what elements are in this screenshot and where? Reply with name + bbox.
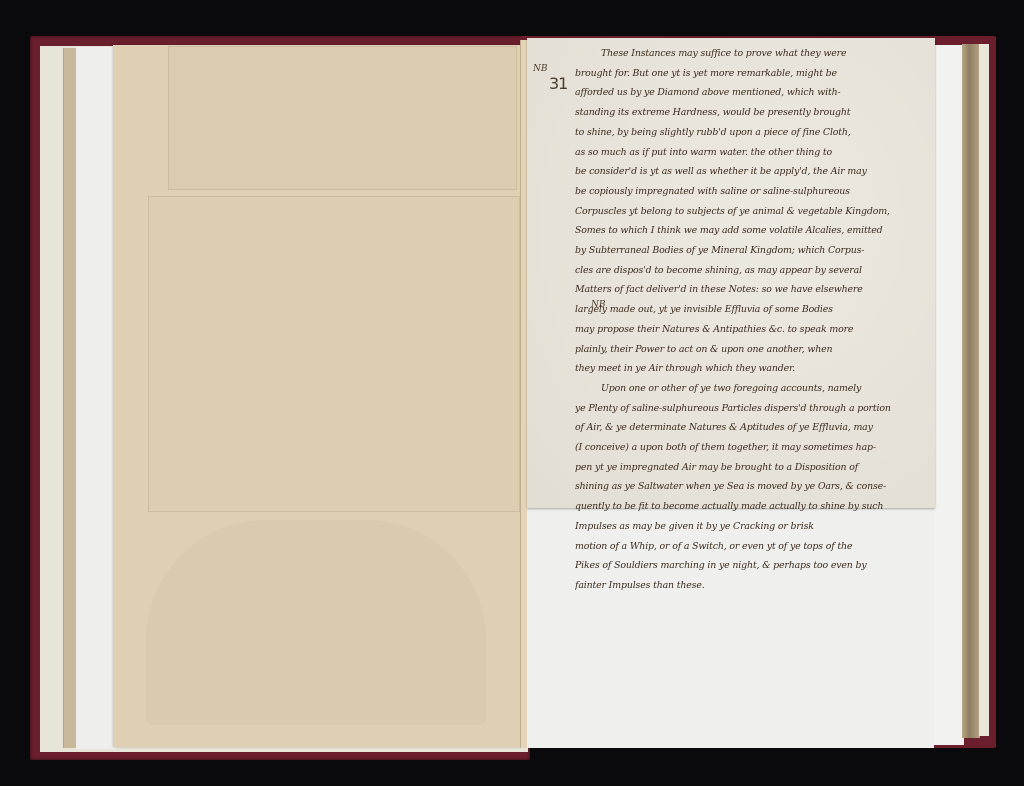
- text-line: as so much as if put into warm water. th…: [575, 143, 927, 163]
- text-line: fainter Impulses than these.: [575, 576, 927, 596]
- text-line: shining as ye Saltwater when ye Sea is m…: [575, 477, 927, 497]
- offset-mark-middle: [148, 196, 520, 512]
- text-block-edge-right: [962, 44, 980, 738]
- text-line: Impulses as may be given it by ye Cracki…: [575, 517, 927, 537]
- text-line: of Air, & ye determinate Natures & Aptit…: [575, 418, 927, 438]
- text-line: motion of a Whip, or of a Switch, or eve…: [575, 537, 927, 557]
- text-line: cles are dispos'd to become shining, as …: [575, 261, 927, 281]
- text-line: quently to be fit to become actually mad…: [575, 497, 927, 517]
- text-line: (I conceive) a upon both of them togethe…: [575, 438, 927, 458]
- text-line: plainly, their Power to act on & upon on…: [575, 340, 927, 360]
- text-line: brought for. But one yt is yet more rema…: [575, 64, 927, 84]
- text-line: standing its extreme Hardness, would be …: [575, 103, 927, 123]
- text-line: they meet in ye Air through which they w…: [575, 359, 927, 379]
- guard-sheet-right: [934, 45, 964, 745]
- text-line: by Subterraneal Bodies of ye Mineral Kin…: [575, 241, 927, 261]
- text-line: afforded us by ye Diamond above mentione…: [575, 83, 927, 103]
- text-line: Pikes of Souldiers marching in ye night,…: [575, 556, 927, 576]
- text-line: largely made out, yt ye invisible Effluv…: [575, 300, 927, 320]
- manuscript-leaf: 31 NB NB These Instances may suffice to …: [527, 38, 935, 508]
- text-line: ye Plenty of saline-sulphureous Particle…: [575, 399, 927, 419]
- text-line: pen yt ye impregnated Air may be brought…: [575, 458, 927, 478]
- endpaper-right: [979, 44, 989, 736]
- text-line: These Instances may suffice to prove wha…: [575, 44, 927, 64]
- offset-mark-top: [168, 46, 517, 190]
- offset-mark-bottom: [146, 520, 486, 725]
- folio-number: 31: [549, 74, 567, 93]
- text-line: be copiously impregnated with saline or …: [575, 182, 927, 202]
- text-line: to shine, by being slightly rubb'd upon …: [575, 123, 927, 143]
- text-line: Matters of fact deliver'd in these Notes…: [575, 280, 927, 300]
- text-line: be consider'd is yt as well as whether i…: [575, 162, 927, 182]
- text-line: Corpuscles yt belong to subjects of ye a…: [575, 202, 927, 222]
- margin-note-nb: NB: [533, 64, 548, 74]
- text-line: may propose their Natures & Antipathies …: [575, 320, 927, 340]
- text-line: Upon one or other of ye two foregoing ac…: [575, 379, 927, 399]
- text-line: Somes to which I think we may add some v…: [575, 221, 927, 241]
- guard-sheet-left: [76, 47, 116, 749]
- handwritten-text: These Instances may suffice to prove wha…: [575, 44, 927, 596]
